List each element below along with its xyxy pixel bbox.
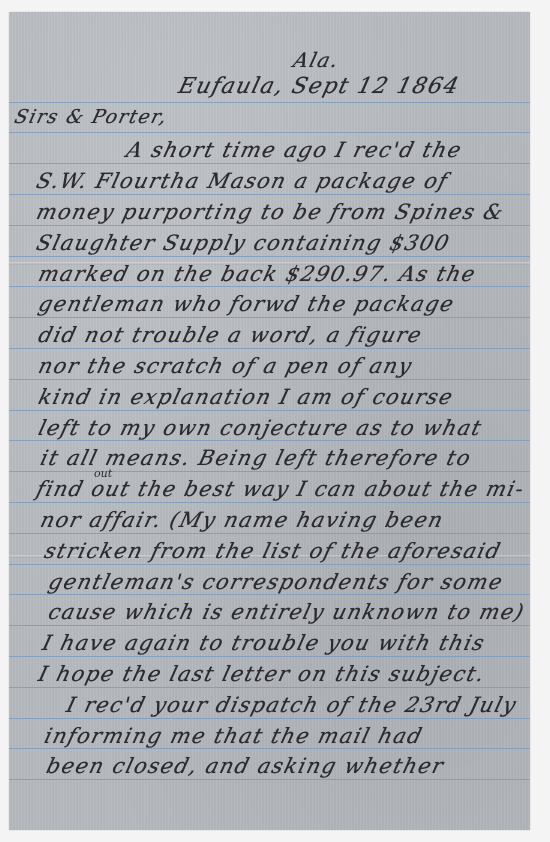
letter-line: Slaughter Supply containing $300 bbox=[34, 231, 453, 255]
letter-line: left to my own conjecture as to what bbox=[36, 416, 485, 440]
ruled-line bbox=[9, 348, 530, 349]
ruled-line bbox=[9, 440, 530, 441]
letter-line: kind in explanation I am of course bbox=[36, 385, 456, 409]
ruled-line bbox=[9, 317, 530, 318]
letter-line: nor the scratch of a pen of any bbox=[36, 354, 415, 378]
letter-line: money purporting to be from Spines & bbox=[34, 200, 507, 224]
interlinear-insert: out bbox=[94, 467, 112, 480]
ruled-line bbox=[9, 286, 530, 287]
letter-line: nor affair. (My name having been bbox=[38, 508, 447, 532]
ruled-line bbox=[9, 132, 530, 133]
letter-line: cause which is entirely unknown to me) bbox=[46, 600, 527, 624]
ruled-line bbox=[9, 256, 530, 257]
ruled-line bbox=[9, 656, 530, 657]
ruled-line bbox=[9, 194, 530, 195]
letter-line: I have again to trouble you with this bbox=[40, 631, 488, 655]
letter-line: I hope the last letter on this subject. bbox=[36, 662, 488, 686]
letter-line: marked on the back $290.97. As the bbox=[36, 262, 479, 286]
ruled-line bbox=[9, 471, 530, 472]
letter-page: Ala. Eufaula, Sept 12 1864 Sirs & Porter… bbox=[9, 12, 530, 830]
letter-line: been closed, and asking whether bbox=[44, 754, 447, 778]
letter-line: A short time ago I rec'd the bbox=[124, 138, 465, 162]
ruled-line bbox=[9, 163, 530, 164]
ruled-line bbox=[9, 718, 530, 719]
ruled-line bbox=[9, 102, 530, 103]
ruled-line bbox=[9, 748, 530, 749]
ruled-line bbox=[9, 533, 530, 534]
letter-line: gentleman who forwd the package bbox=[36, 292, 457, 316]
letter-line: find out the best way I can about the mi… bbox=[34, 477, 527, 501]
salutation: Sirs & Porter, bbox=[12, 106, 170, 128]
heading-place-date: Eufaula, Sept 12 1864 bbox=[176, 74, 463, 99]
ruled-line bbox=[9, 625, 530, 626]
letter-line: S.W. Flourtha Mason a package of bbox=[34, 169, 451, 193]
ruled-line bbox=[9, 502, 530, 503]
letter-line: I rec'd your dispatch of the 23rd July bbox=[64, 693, 520, 717]
letter-line: informing me that the mail had bbox=[42, 724, 426, 748]
ruled-line bbox=[9, 410, 530, 411]
letter-line: stricken from the list of the aforesaid bbox=[42, 539, 504, 563]
letter-line: did not trouble a word, a figure bbox=[36, 323, 425, 347]
ruled-line bbox=[9, 379, 530, 380]
ruled-line bbox=[9, 225, 530, 226]
ruled-line bbox=[9, 594, 530, 595]
heading-state: Ala. bbox=[291, 48, 342, 72]
letter-line: gentleman's correspondents for some bbox=[46, 570, 506, 594]
ruled-line bbox=[9, 687, 530, 688]
ruled-line bbox=[9, 564, 530, 565]
ruled-line bbox=[9, 779, 530, 780]
